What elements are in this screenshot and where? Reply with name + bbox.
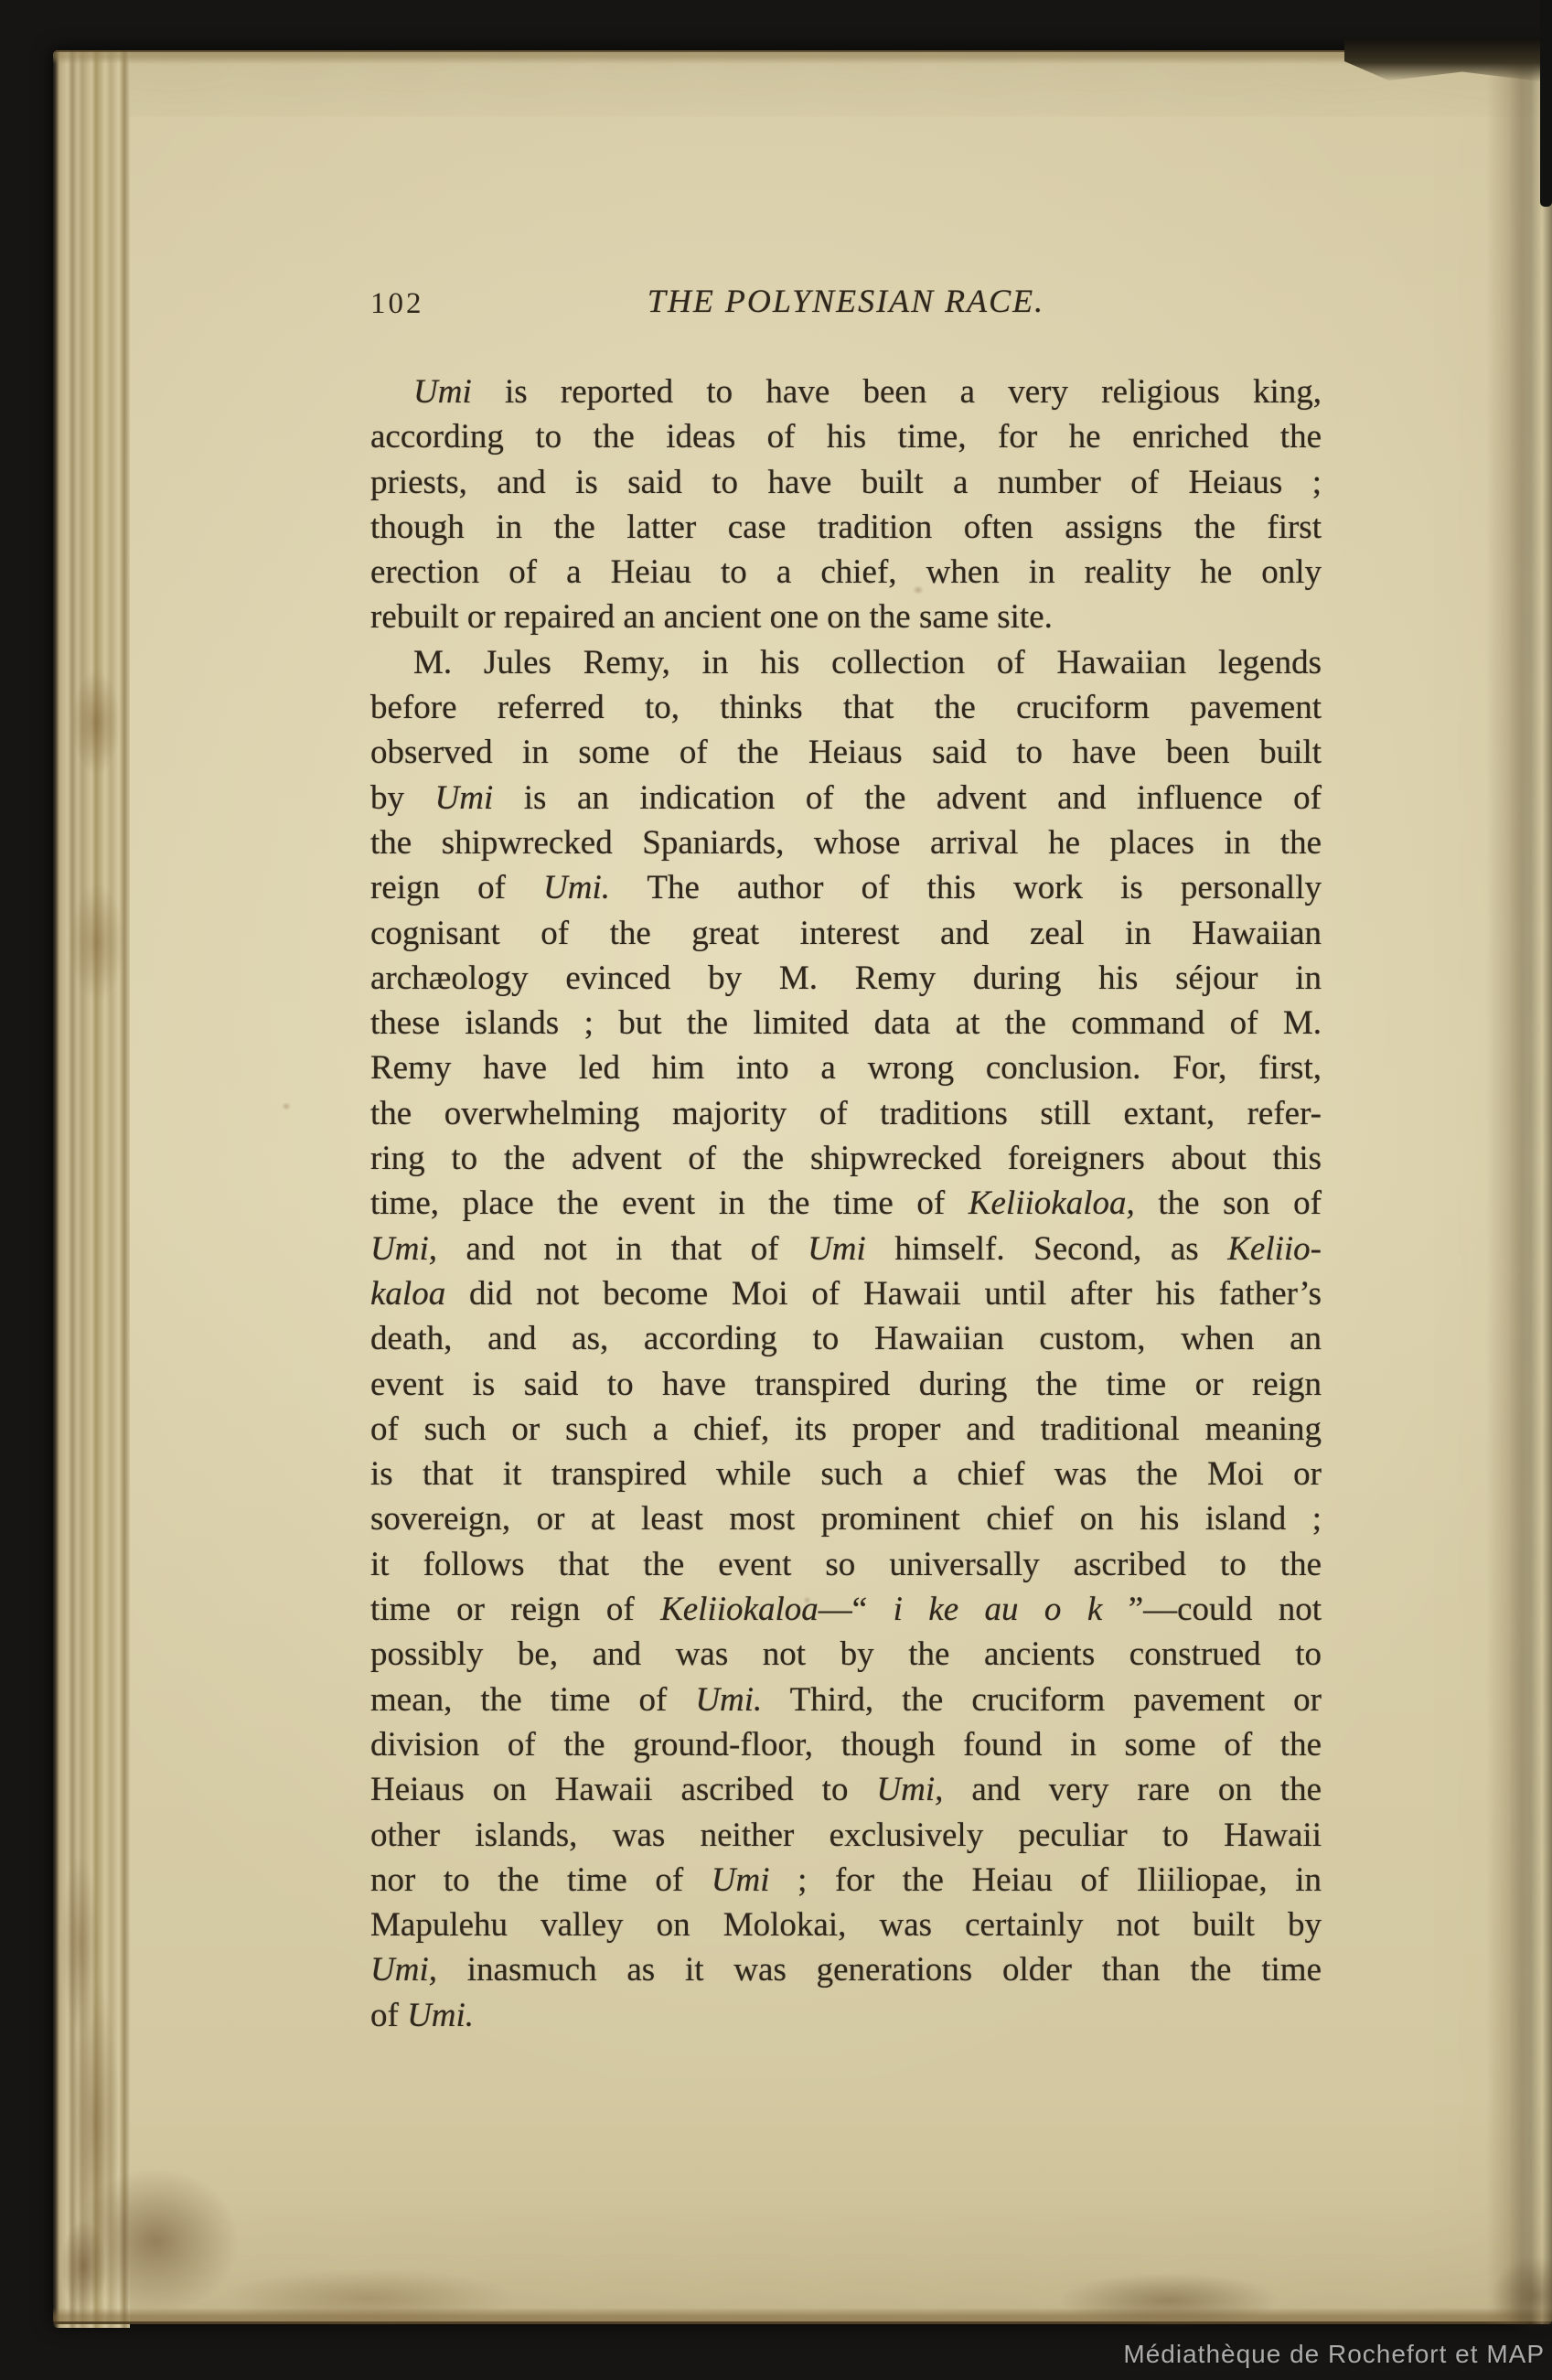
text-line: observed in some of the Heiaus said to h… [370,730,1322,775]
foxing-spot [282,1102,291,1110]
stain-bottom-right [1022,2264,1315,2337]
paragraph: M. Jules Remy, in his collection of Hawa… [370,640,1322,2038]
text-line: of such or such a chief, its proper and … [370,1407,1322,1452]
text-line: Umi, and not in that of Umi himself. Sec… [370,1227,1322,1271]
text-line: Heiaus on Hawaii ascribed to Umi, and ve… [370,1767,1322,1812]
scanned-book-photo: 102 THE POLYNESIAN RACE. Umi is reported… [0,0,1552,2380]
text-line: Umi, inasmuch as it was generations olde… [370,1947,1322,1992]
text-line: by Umi is an indication of the advent an… [370,776,1322,820]
text-line: possibly be, and was not by the ancients… [370,1632,1322,1677]
text-line: the shipwrecked Spaniards, whose arrival… [370,820,1322,865]
paragraph: Umi is reported to have been a very reli… [370,370,1322,640]
text-line: Remy have led him into a wrong conclusio… [370,1045,1322,1090]
text-line: cognisant of the great interest and zeal… [370,911,1322,956]
text-line: before referred to, thinks that the cruc… [370,685,1322,730]
page-header: 102 THE POLYNESIAN RACE. [370,282,1322,324]
text-line: mean, the time of Umi. Third, the crucif… [370,1678,1322,1722]
page-stack-edges [53,50,130,2328]
running-title: THE POLYNESIAN RACE. [370,282,1322,320]
text-line: is that it transpired while such a chief… [370,1452,1322,1496]
text-line: priests, and is said to have built a num… [370,460,1322,505]
text-line: other islands, was neither exclusively p… [370,1813,1322,1858]
text-line: Mapulehu valley on Molokai, was certainl… [370,1903,1322,1947]
text-line: reign of Umi. The author of this work is… [370,865,1322,910]
text-line: event is said to have transpired during … [370,1362,1322,1407]
page-stack-stains [53,1816,130,2328]
background-dark-sliver [1540,0,1552,207]
text-line: these islands ; but the limited data at … [370,1001,1322,1045]
stain-bottom-center [172,2259,565,2337]
text-line: kaloa did not become Moi of Hawaii until… [370,1271,1322,1316]
text-line: time, place the event in the time of Kel… [370,1181,1322,1226]
text-line: division of the ground-floor, though fou… [370,1722,1322,1767]
body-text: Umi is reported to have been a very reli… [370,370,1322,2038]
text-line: death, and as, according to Hawaiian cus… [370,1316,1322,1361]
text-line: time or reign of Keliiokaloa—“ i ke au o… [370,1587,1322,1632]
page-right-fold-shadow [1486,50,1552,2324]
text-line: M. Jules Remy, in his collection of Hawa… [370,640,1322,685]
text-line: rebuilt or repaired an ancient one on th… [370,595,1322,639]
text-line: of Umi. [370,1993,1322,2038]
text-line: nor to the time of Umi ; for the Heiau o… [370,1858,1322,1903]
text-line: the overwhelming majority of traditions … [370,1091,1322,1136]
page-number: 102 [370,287,424,321]
text-line: Umi is reported to have been a very reli… [370,370,1322,414]
book-page: 102 THE POLYNESIAN RACE. Umi is reported… [53,50,1552,2324]
text-line: ring to the advent of the shipwrecked fo… [370,1136,1322,1181]
text-line: sovereign, or at least most prominent ch… [370,1496,1322,1541]
library-watermark: Médiathèque de Rochefort et MAP [1123,2340,1545,2369]
page-bottom-deckle-edge [53,2308,1552,2324]
page-top-deckle-edge [53,50,1552,64]
text-line: archæology evinced by M. Remy during his… [370,956,1322,1001]
text-line: erection of a Heiau to a chief, when in … [370,550,1322,595]
text-line: according to the ideas of his time, for … [370,414,1322,459]
text-line: though in the latter case tradition ofte… [370,505,1322,550]
text-line: it follows that the event so universally… [370,1542,1322,1587]
